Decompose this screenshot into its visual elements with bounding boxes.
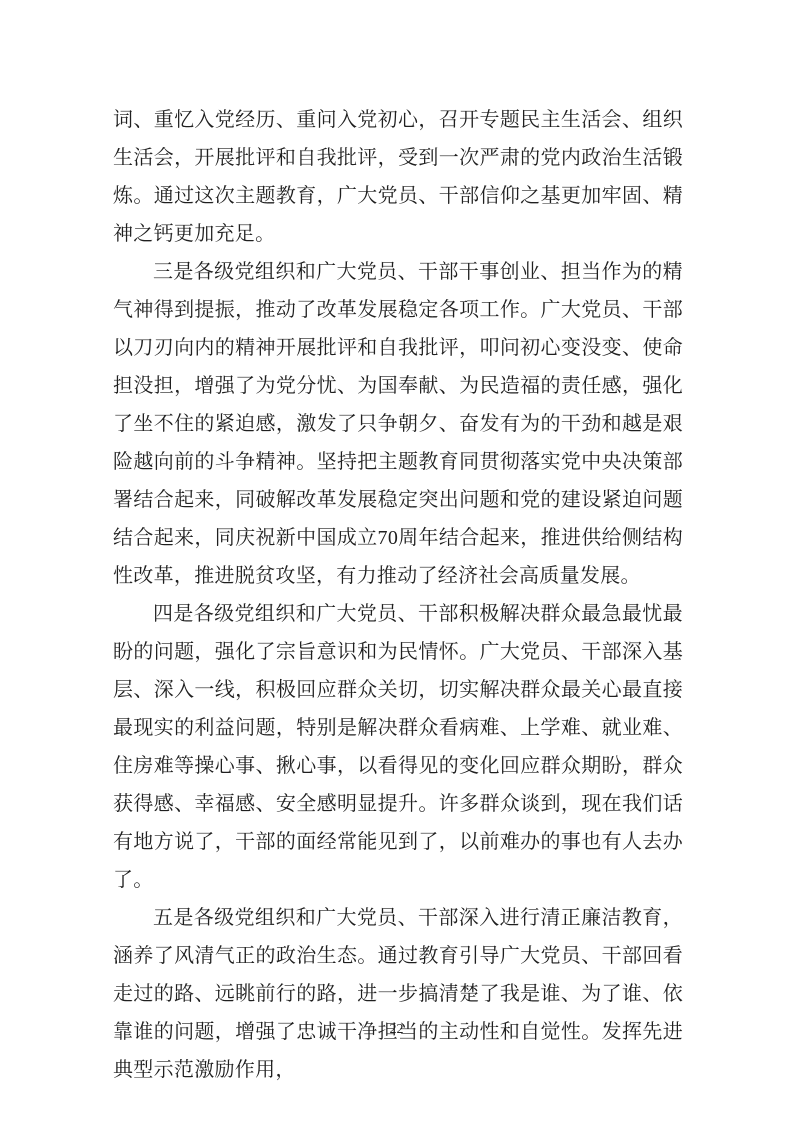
body-paragraph: 三是各级党组织和广大党员、干部干事创业、担当作为的精气神得到提振，推动了改革发展… — [113, 253, 683, 595]
body-paragraph: 五是各级党组织和广大党员、干部深入进行清正廉洁教育，涵养了风清气正的政治生态。通… — [113, 899, 683, 1089]
document-page: 词、重忆入党经历、重问入党初心，召开专题民主生活会、组织生活会，开展批评和自我批… — [0, 0, 793, 1122]
body-paragraph: 词、重忆入党经历、重问入党初心，召开专题民主生活会、组织生活会，开展批评和自我批… — [113, 101, 683, 253]
page-number: 22 — [0, 1022, 793, 1038]
document-body: 词、重忆入党经历、重问入党初心，召开专题民主生活会、组织生活会，开展批评和自我批… — [113, 101, 683, 1089]
body-paragraph: 四是各级党组织和广大党员、干部积极解决群众最急最忧最盼的问题，强化了宗旨意识和为… — [113, 595, 683, 899]
